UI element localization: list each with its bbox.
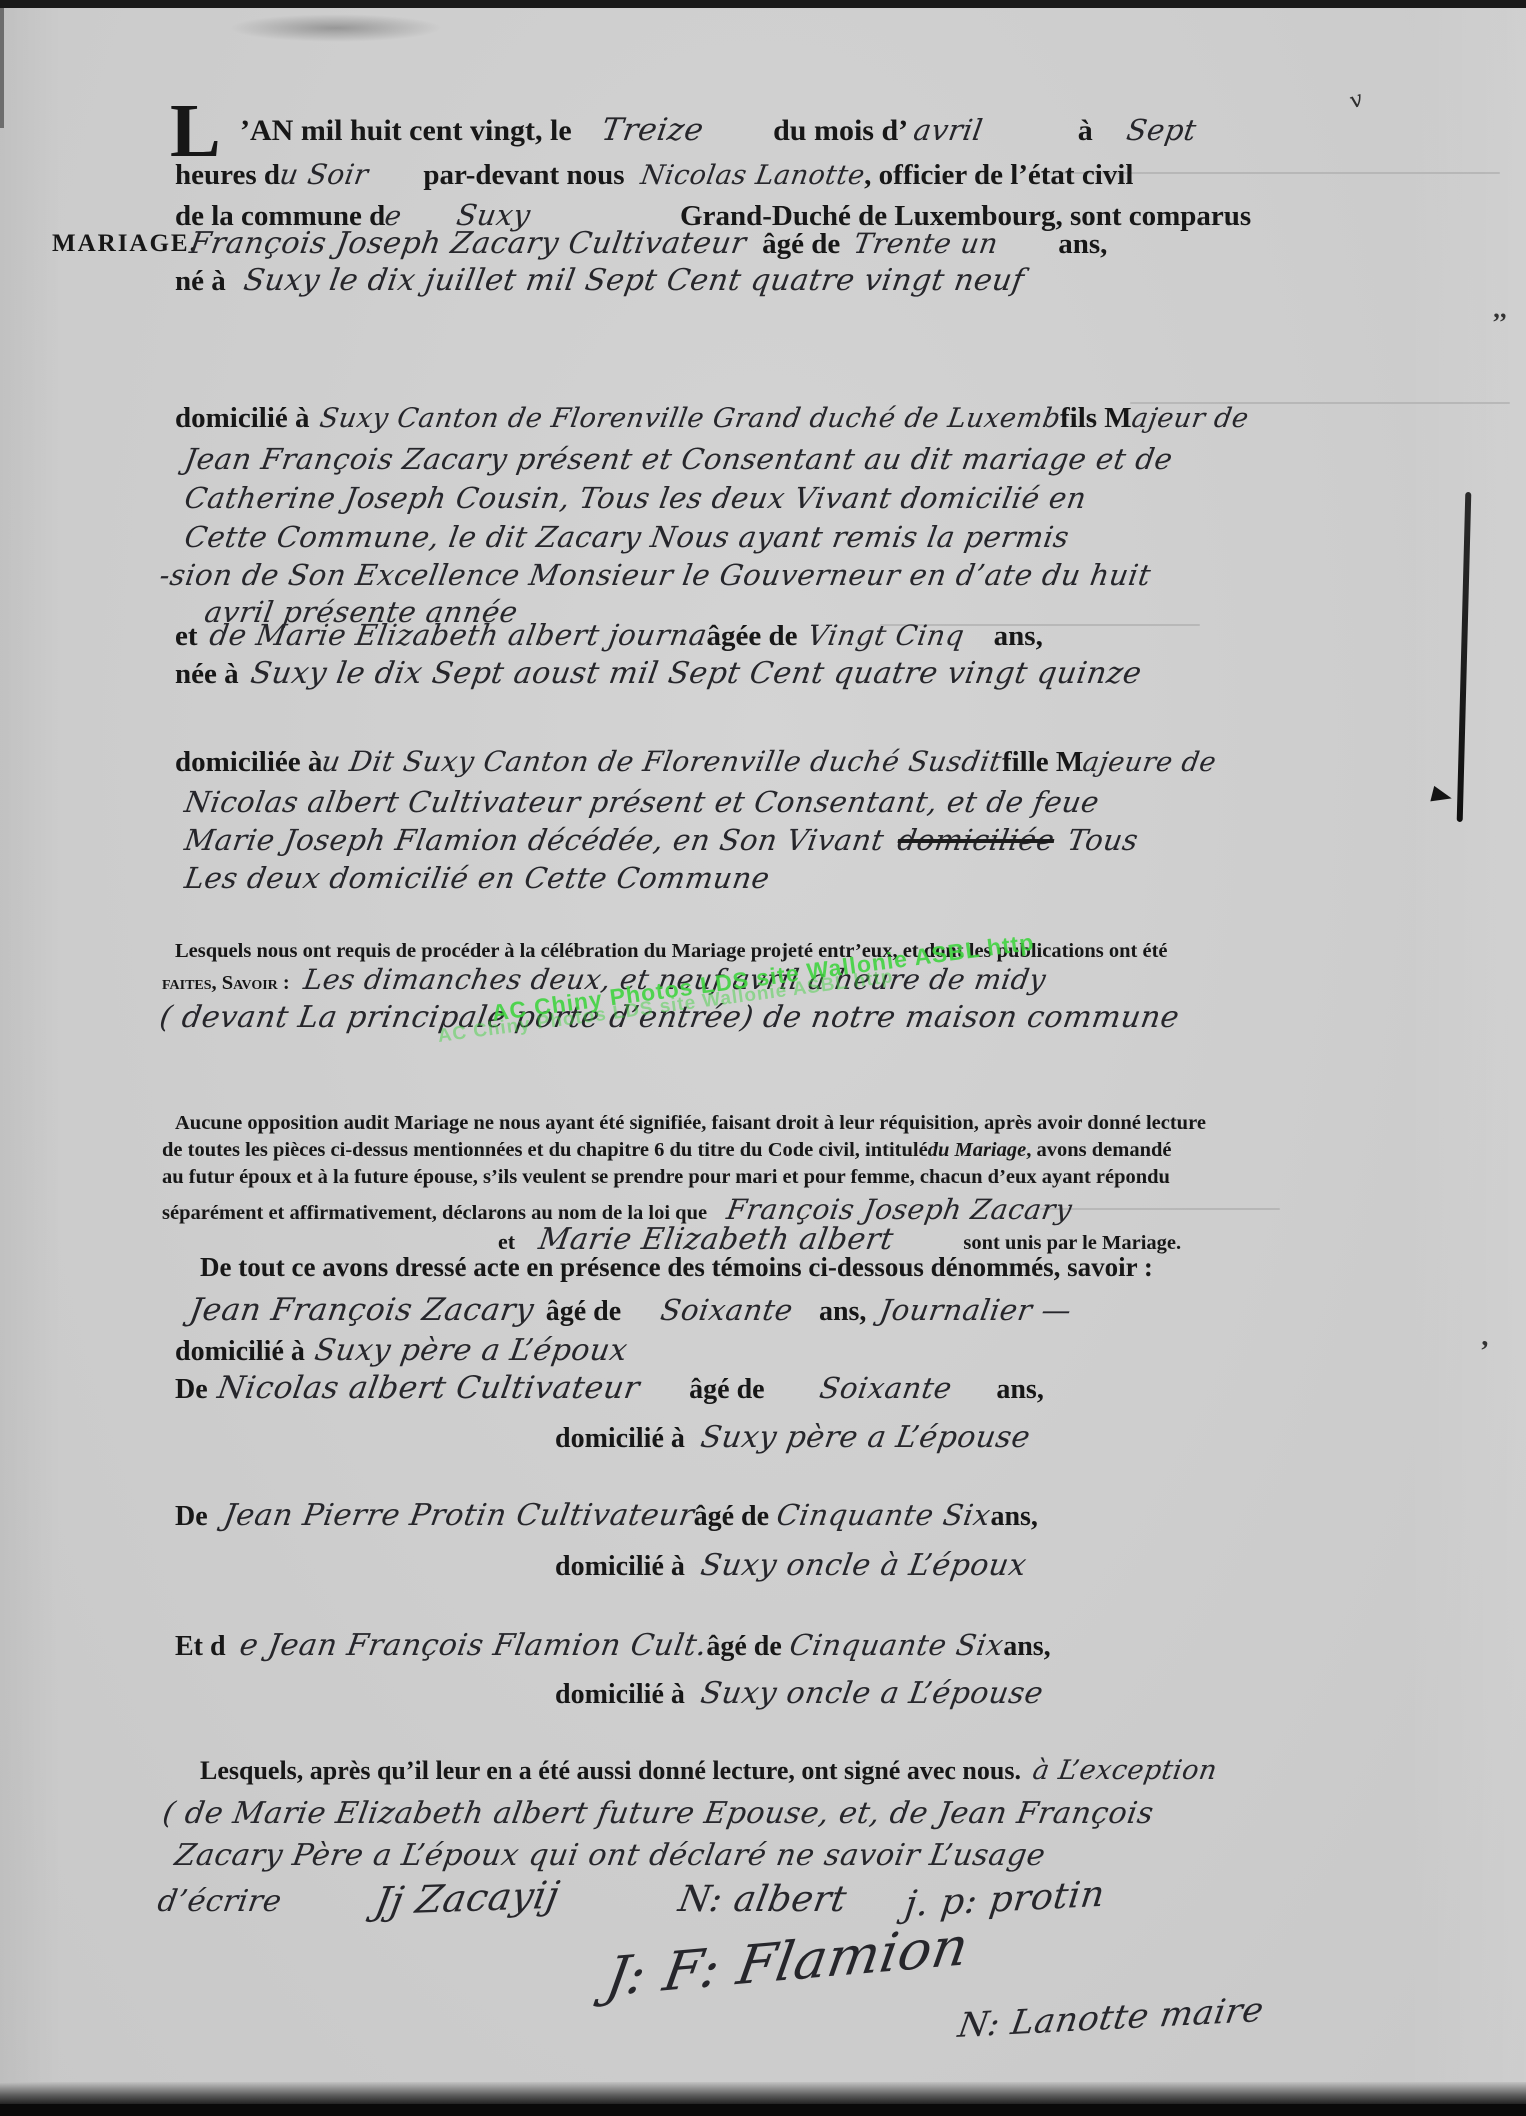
printed-domicilie-text: domicilié à (175, 402, 310, 435)
printed-italic-text: du Mariage (928, 1139, 1027, 1162)
margin-comma-mark: ’ (1480, 1336, 1489, 1368)
blank-space (625, 183, 641, 184)
signature-row: d’écrire Jj Zacayij N: albert j. p: prot… (158, 1876, 1104, 1920)
declaration-paragraph-line3: au futur époux et à la future épouse, s’… (162, 1166, 1170, 1189)
printed-de-text: De (175, 1501, 208, 1533)
printed-heures-text: heures d (175, 159, 280, 192)
printed-year-text: ’AN mil huit cent vingt, le (240, 114, 572, 148)
printed-ans-text: ans, (990, 1501, 1037, 1533)
witness-2-age: Soixante (817, 1371, 954, 1405)
handwritten-text: Zacary Père a L’époux qui ont déclaré ne… (172, 1838, 1048, 1873)
bride-mother-line: Marie Joseph Flamion décédée, en Son Viv… (185, 823, 1138, 857)
witness-2-domicile: Suxy père a L’épouse (698, 1420, 1033, 1455)
printed-agee-text: âgée de (707, 620, 798, 653)
handwritten-exception: à L’exception (1031, 1755, 1220, 1786)
printed-text: Lesquels, après qu’il leur en a été auss… (200, 1756, 1021, 1786)
blank-space (621, 1319, 661, 1320)
printed-ans-text: ans, (994, 620, 1043, 653)
blank-space (703, 139, 773, 140)
bride-name-line: et de Marie Elizabeth albert journa âgée… (175, 618, 1043, 653)
blank-space (208, 1524, 224, 1525)
witnesses-heading: De tout ce avons dressé acte en présence… (200, 1252, 1153, 1283)
scan-bottom-black (0, 2104, 1526, 2116)
bride-birth-line: née à Suxy le dix Sept aoust mil Sept Ce… (175, 656, 1141, 691)
groom-name: François Joseph Zacary Cultivateur (187, 226, 749, 261)
printed-savoir-text: faites, Savoir : (162, 972, 290, 995)
signature-zacary: Jj Zacayij (372, 1873, 564, 1923)
printed-ans-text: ans, (819, 1296, 866, 1328)
printed-domiciliee-text: domiciliée à (175, 746, 322, 779)
declaration-paragraph-line2: de toutes les pièces ci-dessus mentionné… (162, 1139, 1171, 1162)
witness-4-domicile-line: domicilié à Suxy oncle a L’épouse (555, 1676, 1043, 1711)
witness-2-name: Nicolas albert Cultivateur (215, 1370, 642, 1406)
printed-text: de toutes les pièces ci-dessus mentionné… (162, 1139, 928, 1162)
bride-birth: Suxy le dix Sept aoust mil Sept Cent qua… (248, 656, 1144, 691)
struck-word: domiciliée (895, 823, 1057, 857)
groom-domicile: Suxy Canton de Florenville Grand duché d… (317, 403, 1062, 434)
bride-father: Nicolas albert Cultivateur présent et Co… (182, 785, 1101, 819)
printed-ans-text: ans, (1003, 1631, 1050, 1663)
margin-tick-mark: v (1346, 87, 1366, 115)
printed-a-text: à (1078, 114, 1093, 148)
groom-father: Jean François Zacary présent et Consenta… (182, 442, 1175, 476)
groom-age: Trente un (852, 227, 1001, 260)
handwritten-hour: Sept (1124, 113, 1199, 147)
blank-space (559, 1910, 679, 1911)
printed-text: , avons demandé (1026, 1139, 1171, 1162)
handwritten-soir: u Soir (277, 158, 371, 191)
bride-mother: Marie Joseph Flamion décédée, en Son Viv… (182, 823, 886, 857)
blank-space (530, 224, 680, 225)
handwritten-day: Treize (599, 112, 706, 148)
blank-space (402, 224, 457, 225)
printed-age-text: âgé de (689, 1374, 764, 1406)
signature-flamion: J: F: Flamion (602, 1915, 973, 2009)
printed-domicilie-text: domicilié à (175, 1336, 305, 1368)
witness-4-age: Cinquante Six (787, 1628, 1006, 1662)
handwritten-text: ( de Marie Elizabeth albert future Epous… (160, 1796, 1156, 1831)
printed-fille-text: fille M (1002, 746, 1083, 779)
groom-mother-line: Catherine Joseph Cousin, Tous les deux V… (185, 481, 1086, 515)
blank-space (998, 252, 1058, 253)
witness-3-age: Cinquante Six (774, 1498, 993, 1532)
bride-domicile2-line: Les deux domicilié en Cette Commune (185, 861, 770, 895)
blank-space (746, 252, 762, 253)
blank-space (707, 1218, 727, 1219)
witness-2-line: De Nicolas albert Cultivateur âgé de Soi… (175, 1370, 1044, 1406)
handwritten-text: -sion de Son Excellence Monsieur le Gouv… (157, 558, 1153, 592)
exception-line-2: Zacary Père a L’époux qui ont déclaré ne… (175, 1838, 1045, 1873)
handwritten-month: avril (911, 113, 985, 147)
mariage-label-text: MARIAGE. (52, 230, 198, 258)
scan-top-edge (0, 0, 1526, 8)
printed-officier-text: , officier de l’état civil (864, 159, 1133, 192)
officer-name: Nicolas Lanotte (638, 160, 867, 191)
printed-age-text: âgé de (762, 228, 840, 261)
bride-father-line: Nicolas albert Cultivateur présent et Co… (185, 785, 1099, 819)
printed-text: De tout ce avons dressé acte en présence… (200, 1252, 1153, 1283)
handwritten-text: Les deux domicilié en Cette Commune (182, 861, 772, 895)
printed-age-text: âgé de (694, 1501, 769, 1533)
witness-3-domicile: Suxy oncle à L’époux (698, 1548, 1029, 1583)
handwritten-text: Tous (1065, 823, 1141, 857)
handwritten-majeure: ajeure de (1081, 747, 1219, 778)
groom-domicile-line: domicilié à Suxy Canton de Florenville G… (175, 402, 1248, 435)
signature-maire: N: Lanotte maire (955, 1990, 1266, 2046)
scan-left-edge (0, 8, 4, 128)
printed-ne-a-text: né à (175, 265, 226, 298)
groom-mother: Catherine Joseph Cousin, Tous les deux V… (182, 481, 1089, 515)
signature-flamion-line: J: F: Flamion (610, 1930, 965, 1993)
handwritten-ecrire: d’écrire (155, 1884, 284, 1919)
printed-domicilie-text: domicilié à (555, 1423, 685, 1455)
blank-space (226, 289, 244, 290)
blank-space (1093, 139, 1127, 140)
document-scan: MARIAGE. L ’AN mil huit cent vingt, le T… (0, 0, 1526, 2116)
witness-4-domicile: Suxy oncle a L’épouse (698, 1676, 1046, 1711)
bride-domicile-line: domiciliée à u Dit Suxy Canton de Floren… (175, 745, 1216, 779)
handwritten-majeur: ajeur de (1129, 403, 1251, 434)
witness-4-line: Et d e Jean François Flamion Cult. âgé d… (175, 1628, 1051, 1663)
printed-text: Aucune opposition audit Mariage ne nous … (175, 1112, 1206, 1135)
groom-birth: Suxy le dix juillet mil Sept Cent quatre… (241, 263, 1026, 298)
act-date-line: ’AN mil huit cent vingt, le Treize du mo… (240, 112, 1196, 148)
blank-space (793, 1319, 819, 1320)
witness-1-domicile-line: domicilié à Suxy père a L’époux (175, 1333, 627, 1368)
witness-1-age: Soixante (658, 1293, 795, 1327)
blank-space (368, 183, 423, 184)
blank-space (639, 1397, 689, 1398)
binding-crease (1457, 492, 1472, 822)
witness-3-name: Jean Pierre Protin Cultivateur (221, 1498, 696, 1533)
scan-smudge (228, 14, 443, 42)
groom-consent-line: Cette Commune, le dit Zacary Nous ayant … (185, 520, 1069, 554)
witness-1-line: Jean François Zacary âgé de Soixante ans… (190, 1292, 1072, 1328)
blank-space (983, 139, 1078, 140)
witness-1-occupation: Journalier — (878, 1293, 1075, 1327)
witness-3-line: De Jean Pierre Protin Cultivateur âgé de… (175, 1498, 1038, 1533)
printed-et-text: et (175, 620, 198, 653)
bride-name: de Marie Elizabeth albert journa (207, 618, 709, 652)
blank-space (765, 1397, 820, 1398)
signature-albert: N: albert (675, 1879, 850, 1920)
declaration-paragraph-line1: Aucune opposition audit Mariage ne nous … (175, 1112, 1206, 1135)
closing-line: Lesquels, après qu’il leur en a été auss… (200, 1755, 1217, 1786)
witness-1-domicile: Suxy père a L’époux (312, 1333, 630, 1368)
bride-domicile: u Dit Suxy Canton de Florenville duché S… (320, 745, 1005, 778)
witness-4-name: e Jean François Flamion Cult. (237, 1628, 709, 1663)
printed-domicilie-text: domicilié à (555, 1551, 685, 1583)
printed-age-text: âgé de (546, 1296, 621, 1328)
blank-space (281, 1910, 376, 1911)
margin-apostrophes: ’’ (1492, 308, 1507, 338)
blank-space (534, 1319, 546, 1320)
blank-space (572, 139, 602, 140)
printed-domicilie-text: domicilié à (555, 1679, 685, 1711)
printed-ans-text: ans, (1058, 228, 1107, 261)
printed-nee-a-text: née à (175, 658, 239, 691)
officer-line: heures d u Soir par-devant nous Nicolas … (175, 158, 1133, 192)
witness-1-name: Jean François Zacary (187, 1292, 536, 1328)
printed-ans-text: ans, (996, 1374, 1043, 1406)
printed-et-d-text: Et d (175, 1631, 226, 1663)
blank-space (964, 644, 994, 645)
printed-fils-text: fils M (1060, 402, 1132, 435)
margin-label-mariage: MARIAGE. (52, 230, 198, 258)
governor-permission-line: -sion de Son Excellence Monsieur le Gouv… (160, 558, 1151, 592)
crease-flick-mark (1430, 786, 1453, 806)
witness-2-domicile-line: domicilié à Suxy père a L’épouse (555, 1420, 1030, 1455)
printed-age-text: âgé de (706, 1631, 781, 1663)
blank-space (515, 1248, 539, 1249)
printed-pardevant-text: par-devant nous (423, 159, 624, 192)
printed-text: au futur époux et à la future épouse, s’… (162, 1166, 1170, 1189)
printed-de-text: De (175, 1374, 208, 1406)
handwritten-text: Cette Commune, le dit Zacary Nous ayant … (182, 520, 1071, 554)
groom-name-line: François Joseph Zacary Cultivateur âgé d… (190, 226, 1107, 261)
blank-space (951, 1397, 996, 1398)
printed-month-text: du mois d’ (773, 114, 908, 148)
exception-line-1: ( de Marie Elizabeth albert future Epous… (163, 1796, 1153, 1831)
groom-birth-line: né à Suxy le dix juillet mil Sept Cent q… (175, 263, 1024, 298)
groom-parents-line: Jean François Zacary présent et Consenta… (185, 442, 1173, 476)
signature-maire-line: N: Lanotte maire (960, 1998, 1262, 2038)
blank-space (893, 1248, 963, 1249)
witness-3-domicile-line: domicilié à Suxy oncle à L’époux (555, 1548, 1026, 1583)
pencil-streak (1040, 1208, 1280, 1210)
bride-age: Vingt Cinq (805, 619, 966, 652)
blank-space (846, 1910, 906, 1911)
